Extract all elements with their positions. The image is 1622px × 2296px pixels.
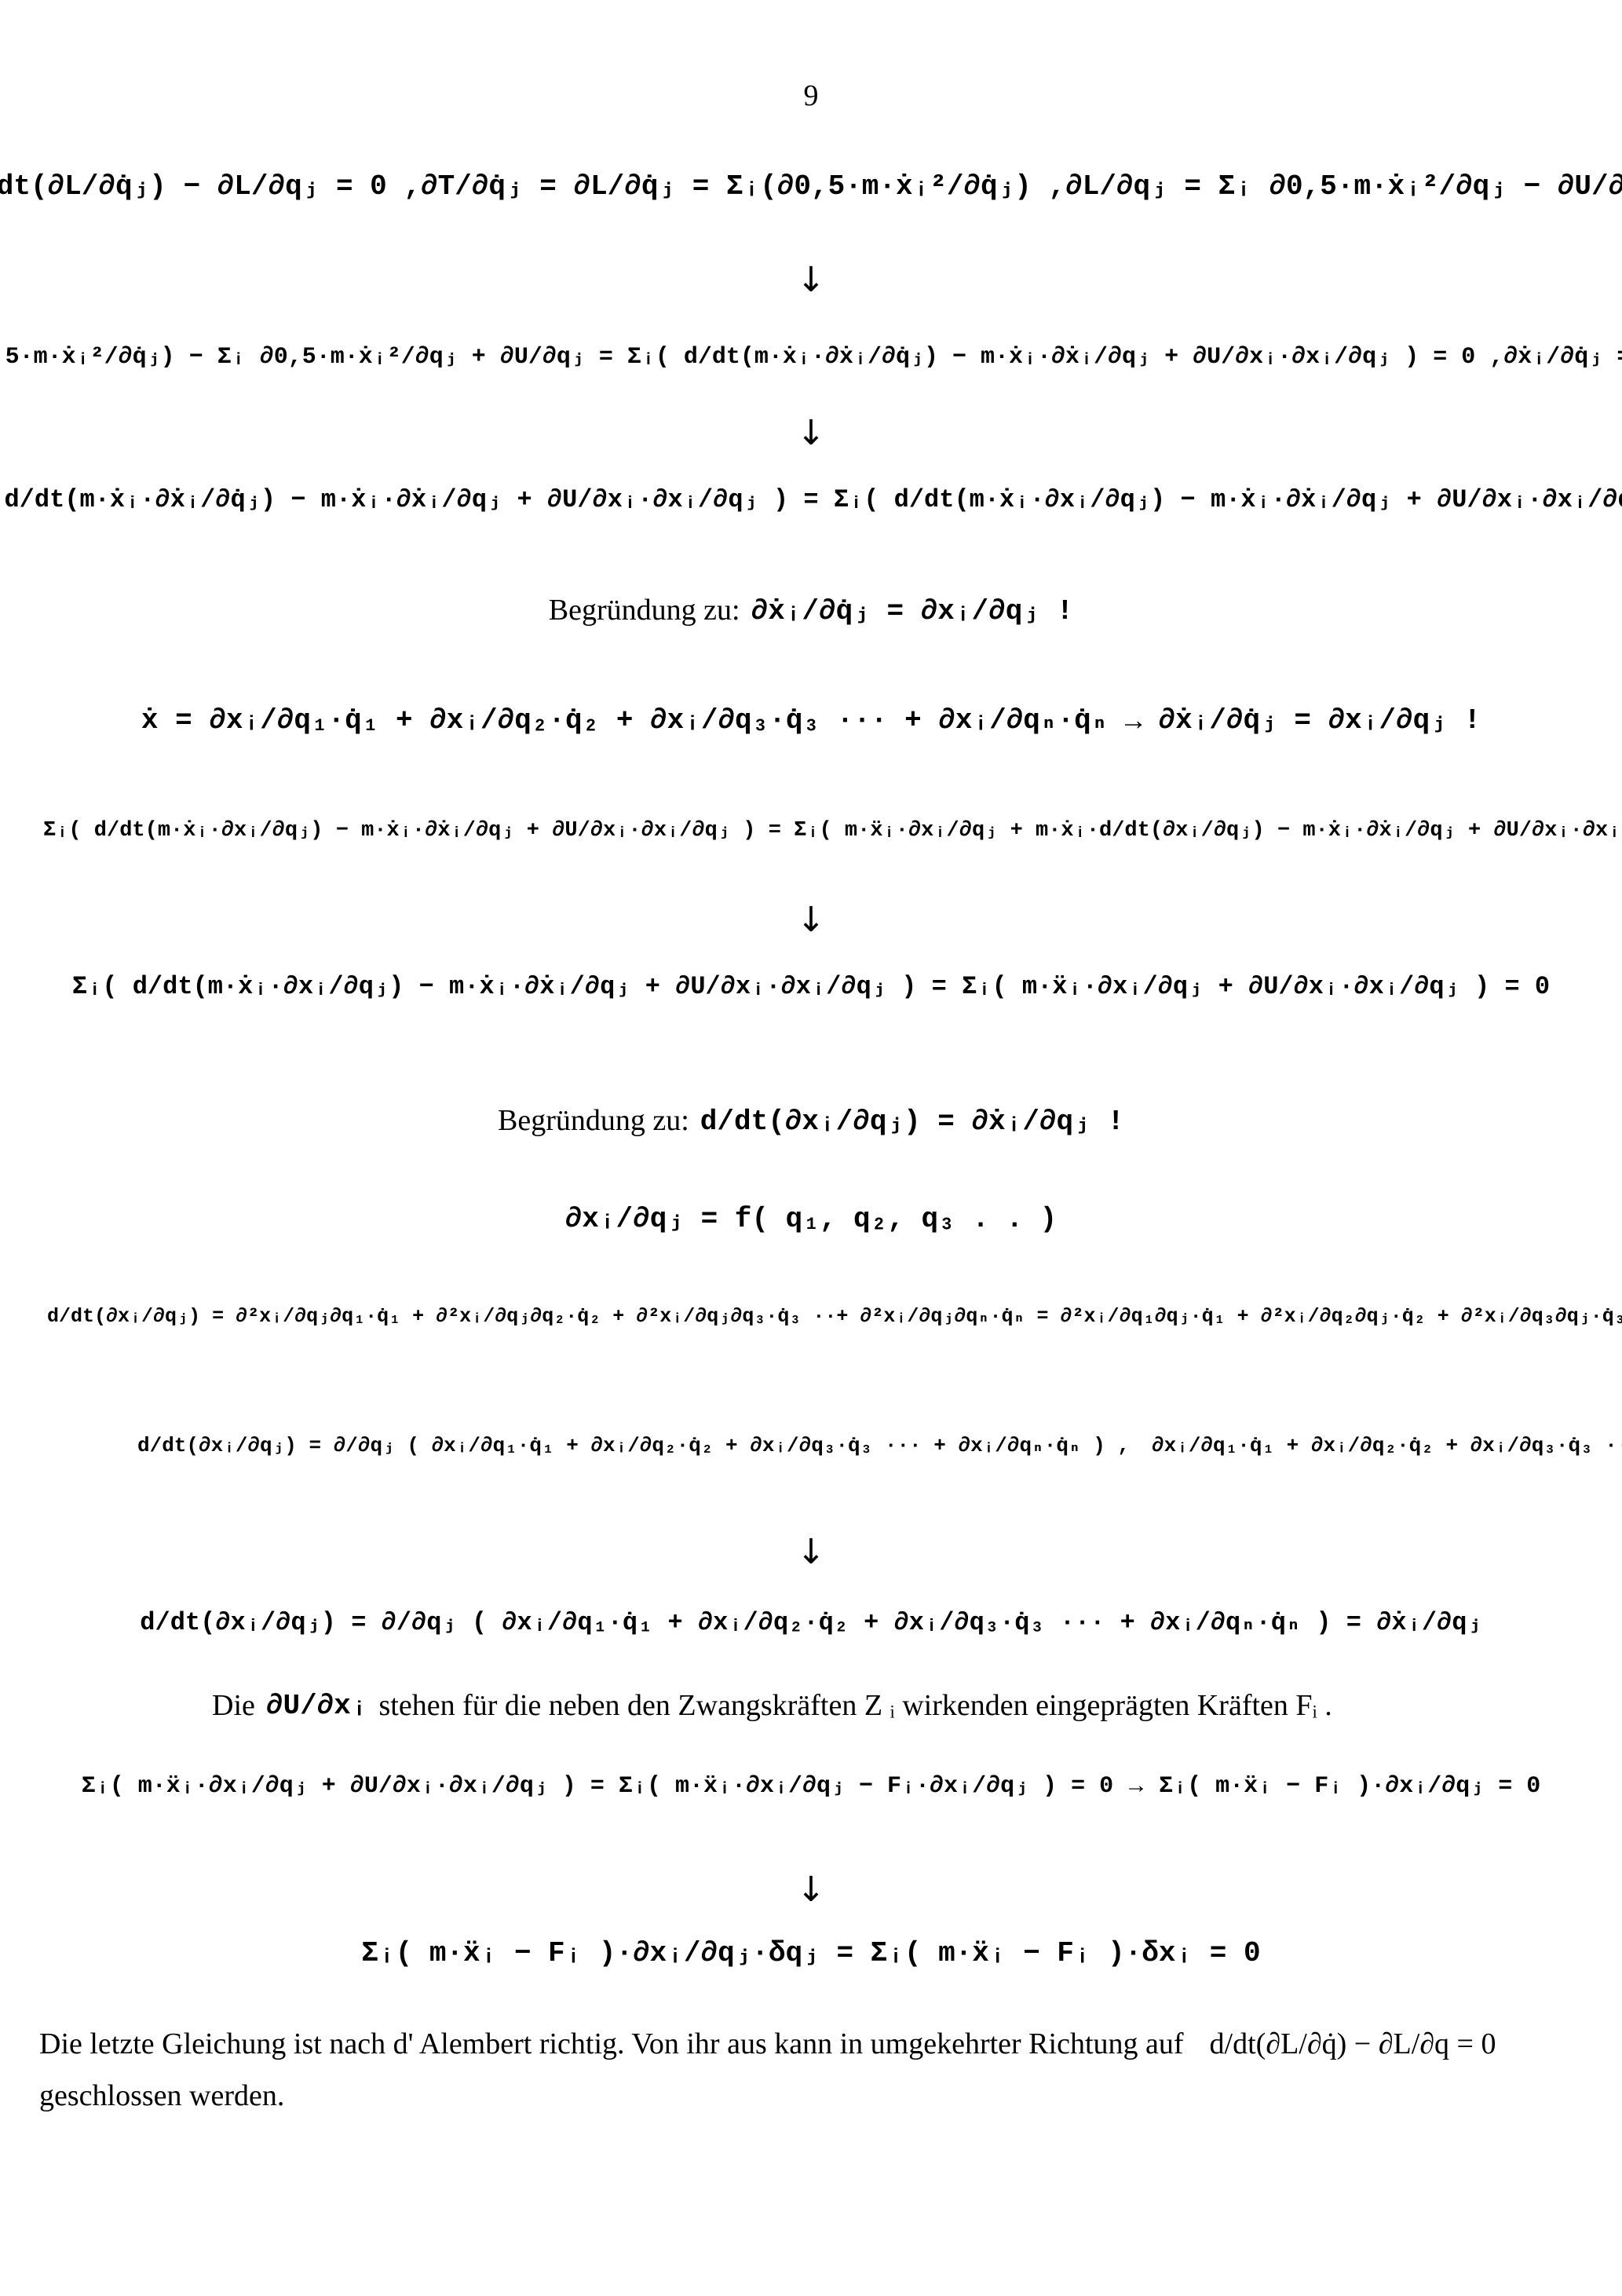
equation-derivative-factor: d/dt(∂xᵢ/∂qⱼ) = ∂/∂qⱼ ( ∂xᵢ/∂q₁·q̇₁ + ∂x… xyxy=(137,1433,1622,1457)
equation-derivative-factor-side: ∂xᵢ/∂q₁·q̇₁ + ∂xᵢ/∂q₂·q̇₂ + ∂xᵢ/∂q₃·q̇₃ … xyxy=(1152,1433,1622,1457)
statement-prefix: Die xyxy=(212,1688,255,1723)
begruendung-label: Begründung zu: xyxy=(549,593,740,627)
equation-function-main: ∂xᵢ/∂qⱼ = f( q₁, q₂, q₃ . . ) xyxy=(565,1201,1058,1235)
equation-kinetic-derivative: ∂T/∂q̇ⱼ = ∂L/∂q̇ⱼ = Σᵢ(∂0,5·m·ẋᵢ²/∂q̇ⱼ) … xyxy=(421,169,1065,203)
down-arrow-icon: ↓ xyxy=(0,1535,1622,1570)
equation-dalembert: Σᵢ( m·ẍᵢ − Fᵢ )·∂xᵢ/∂qⱼ·δqⱼ = Σᵢ( m·ẍᵢ −… xyxy=(0,1936,1622,1969)
equation-expanded-main: d/dt Σᵢ(∂0,5·m·ẋᵢ²/∂q̇ⱼ) − Σᵢ ∂0,5·m·ẋᵢ²… xyxy=(0,342,1503,371)
equation-velocity-result: ∂ẋᵢ/∂q̇ⱼ = ∂xᵢ/∂qⱼ ! xyxy=(1158,703,1481,737)
equation-potential-derivative: ∂L/∂qⱼ = Σᵢ ∂0,5·m·ẋᵢ²/∂qⱼ − ∂U/∂qⱼ xyxy=(1065,169,1622,203)
statement-formula: ∂U/∂xᵢ xyxy=(266,1690,368,1722)
equation-velocity-main: ẋ = ∂xᵢ/∂q₁·q̇₁ + ∂xᵢ/∂q₂·q̇₂ + ∂xᵢ/∂q₃·… xyxy=(141,703,1109,737)
begruendung-formula: ∂ẋᵢ/∂q̇ⱼ = ∂xᵢ/∂qⱼ ! xyxy=(751,594,1074,627)
right-arrow-icon: → xyxy=(1119,704,1147,737)
page-number: 9 xyxy=(0,79,1622,113)
begruendung-1: Begründung zu: ∂ẋᵢ/∂q̇ⱼ = ∂xᵢ/∂qⱼ ! xyxy=(0,593,1622,627)
equation-simplified: Σᵢ( d/dt(m·ẋᵢ·∂xᵢ/∂qⱼ) − m·ẋᵢ·∂ẋᵢ/∂qⱼ + … xyxy=(0,970,1622,1001)
down-arrow-icon: ↓ xyxy=(0,416,1622,451)
right-arrow-icon: → xyxy=(1124,1772,1148,1799)
equation-second-derivatives: d/dt(∂xᵢ/∂qⱼ) = ∂²xᵢ/∂qⱼ∂q₁·q̇₁ + ∂²xᵢ/∂… xyxy=(47,1303,1622,1328)
conclusion-line1: Die letzte Gleichung ist nach d' Alember… xyxy=(39,2027,1184,2060)
conclusion-formula: d/dt(∂L/∂q̇) − ∂L/∂q = 0 xyxy=(1210,2027,1496,2060)
document-page: 9 d/dt(∂L/∂q̇ⱼ) − ∂L/∂qⱼ = 0 , ∂T/∂q̇ⱼ =… xyxy=(0,0,1622,2296)
equation-function-of-q: ∂xᵢ/∂qⱼ = f( q₁, q₂, q₃ . . ) xyxy=(0,1201,1622,1235)
begruendung-label: Begründung zu: xyxy=(498,1103,689,1138)
equation-dalembert-main: Σᵢ( m·ẍᵢ − Fᵢ )·∂xᵢ/∂qⱼ·δqⱼ = Σᵢ( m·ẍᵢ −… xyxy=(361,1936,1260,1969)
equation-product-rule: Σᵢ( d/dt(m·ẋᵢ·∂xᵢ/∂qⱼ) − m·ẋᵢ·∂ẋᵢ/∂qⱼ + … xyxy=(43,817,1622,843)
equation-applied-forces-result: Σᵢ( m·ẍᵢ − Fᵢ )·∂xᵢ/∂qⱼ = 0 xyxy=(1159,1771,1540,1800)
conclusion-paragraph: Die letzte Gleichung ist nach d' Alember… xyxy=(39,2018,1594,2122)
equation-applied-forces-main: Σᵢ( m·ẍᵢ·∂xᵢ/∂qⱼ + ∂U/∂xᵢ·∂xᵢ/∂qⱼ ) = Σᵢ… xyxy=(82,1771,1113,1800)
down-arrow-icon: ↓ xyxy=(0,263,1622,298)
equation-derivative-factor-main: d/dt(∂xᵢ/∂qⱼ) = ∂/∂qⱼ ( ∂xᵢ/∂q₁·q̇₁ + ∂x… xyxy=(137,1433,1130,1457)
equation-substitution: Σᵢ( d/dt(m·ẋᵢ·∂ẋᵢ/∂q̇ⱼ) − m·ẋᵢ·∂ẋᵢ/∂qⱼ +… xyxy=(0,483,1622,514)
down-arrow-icon: ↓ xyxy=(0,1873,1622,1907)
forces-statement: Die ∂U/∂xᵢ stehen für die neben den Zwan… xyxy=(212,1688,1332,1723)
equation-substitution-main: Σᵢ( d/dt(m·ẋᵢ·∂ẋᵢ/∂q̇ⱼ) − m·ẋᵢ·∂ẋᵢ/∂qⱼ +… xyxy=(0,483,1622,514)
equation-lagrange-definitions: d/dt(∂L/∂q̇ⱼ) − ∂L/∂qⱼ = 0 , ∂T/∂q̇ⱼ = ∂… xyxy=(0,169,1622,203)
equation-velocity-expansion: ẋ = ∂xᵢ/∂q₁·q̇₁ + ∂xᵢ/∂q₂·q̇₂ + ∂xᵢ/∂q₃·… xyxy=(0,703,1622,737)
equation-product-rule-main: Σᵢ( d/dt(m·ẋᵢ·∂xᵢ/∂qⱼ) − m·ẋᵢ·∂ẋᵢ/∂qⱼ + … xyxy=(43,817,1622,843)
equation-derivative-result: d/dt(∂xᵢ/∂qⱼ) = ∂/∂qⱼ ( ∂xᵢ/∂q₁·q̇₁ + ∂x… xyxy=(0,1606,1622,1637)
equation-lagrange: d/dt(∂L/∂q̇ⱼ) − ∂L/∂qⱼ = 0 , xyxy=(0,169,421,203)
equation-derivative-result-main: d/dt(∂xᵢ/∂qⱼ) = ∂/∂qⱼ ( ∂xᵢ/∂q₁·q̇₁ + ∂x… xyxy=(140,1606,1481,1637)
equation-expanded-lagrange: d/dt Σᵢ(∂0,5·m·ẋᵢ²/∂q̇ⱼ) − Σᵢ ∂0,5·m·ẋᵢ²… xyxy=(0,342,1622,371)
down-arrow-icon: ↓ xyxy=(0,903,1622,938)
equation-expanded-note: ∂ẋᵢ/∂q̇ⱼ = ∂xᵢ/∂qⱼ ! xyxy=(1503,342,1622,371)
begruendung-formula: d/dt(∂xᵢ/∂qⱼ) = ∂ẋᵢ/∂qⱼ ! xyxy=(700,1104,1124,1138)
begruendung-2: Begründung zu: d/dt(∂xᵢ/∂qⱼ) = ∂ẋᵢ/∂qⱼ ! xyxy=(0,1103,1622,1138)
conclusion-line2: geschlossen werden. xyxy=(39,2079,284,2112)
equation-applied-forces: Σᵢ( m·ẍᵢ·∂xᵢ/∂qⱼ + ∂U/∂xᵢ·∂xᵢ/∂qⱼ ) = Σᵢ… xyxy=(0,1771,1622,1800)
statement-text: stehen für die neben den Zwangskräften Z… xyxy=(379,1688,1332,1723)
equation-simplified-main: Σᵢ( d/dt(m·ẋᵢ·∂xᵢ/∂qⱼ) − m·ẋᵢ·∂ẋᵢ/∂qⱼ + … xyxy=(72,970,1550,1001)
equation-second-derivatives-main: d/dt(∂xᵢ/∂qⱼ) = ∂²xᵢ/∂qⱼ∂q₁·q̇₁ + ∂²xᵢ/∂… xyxy=(47,1303,1622,1328)
